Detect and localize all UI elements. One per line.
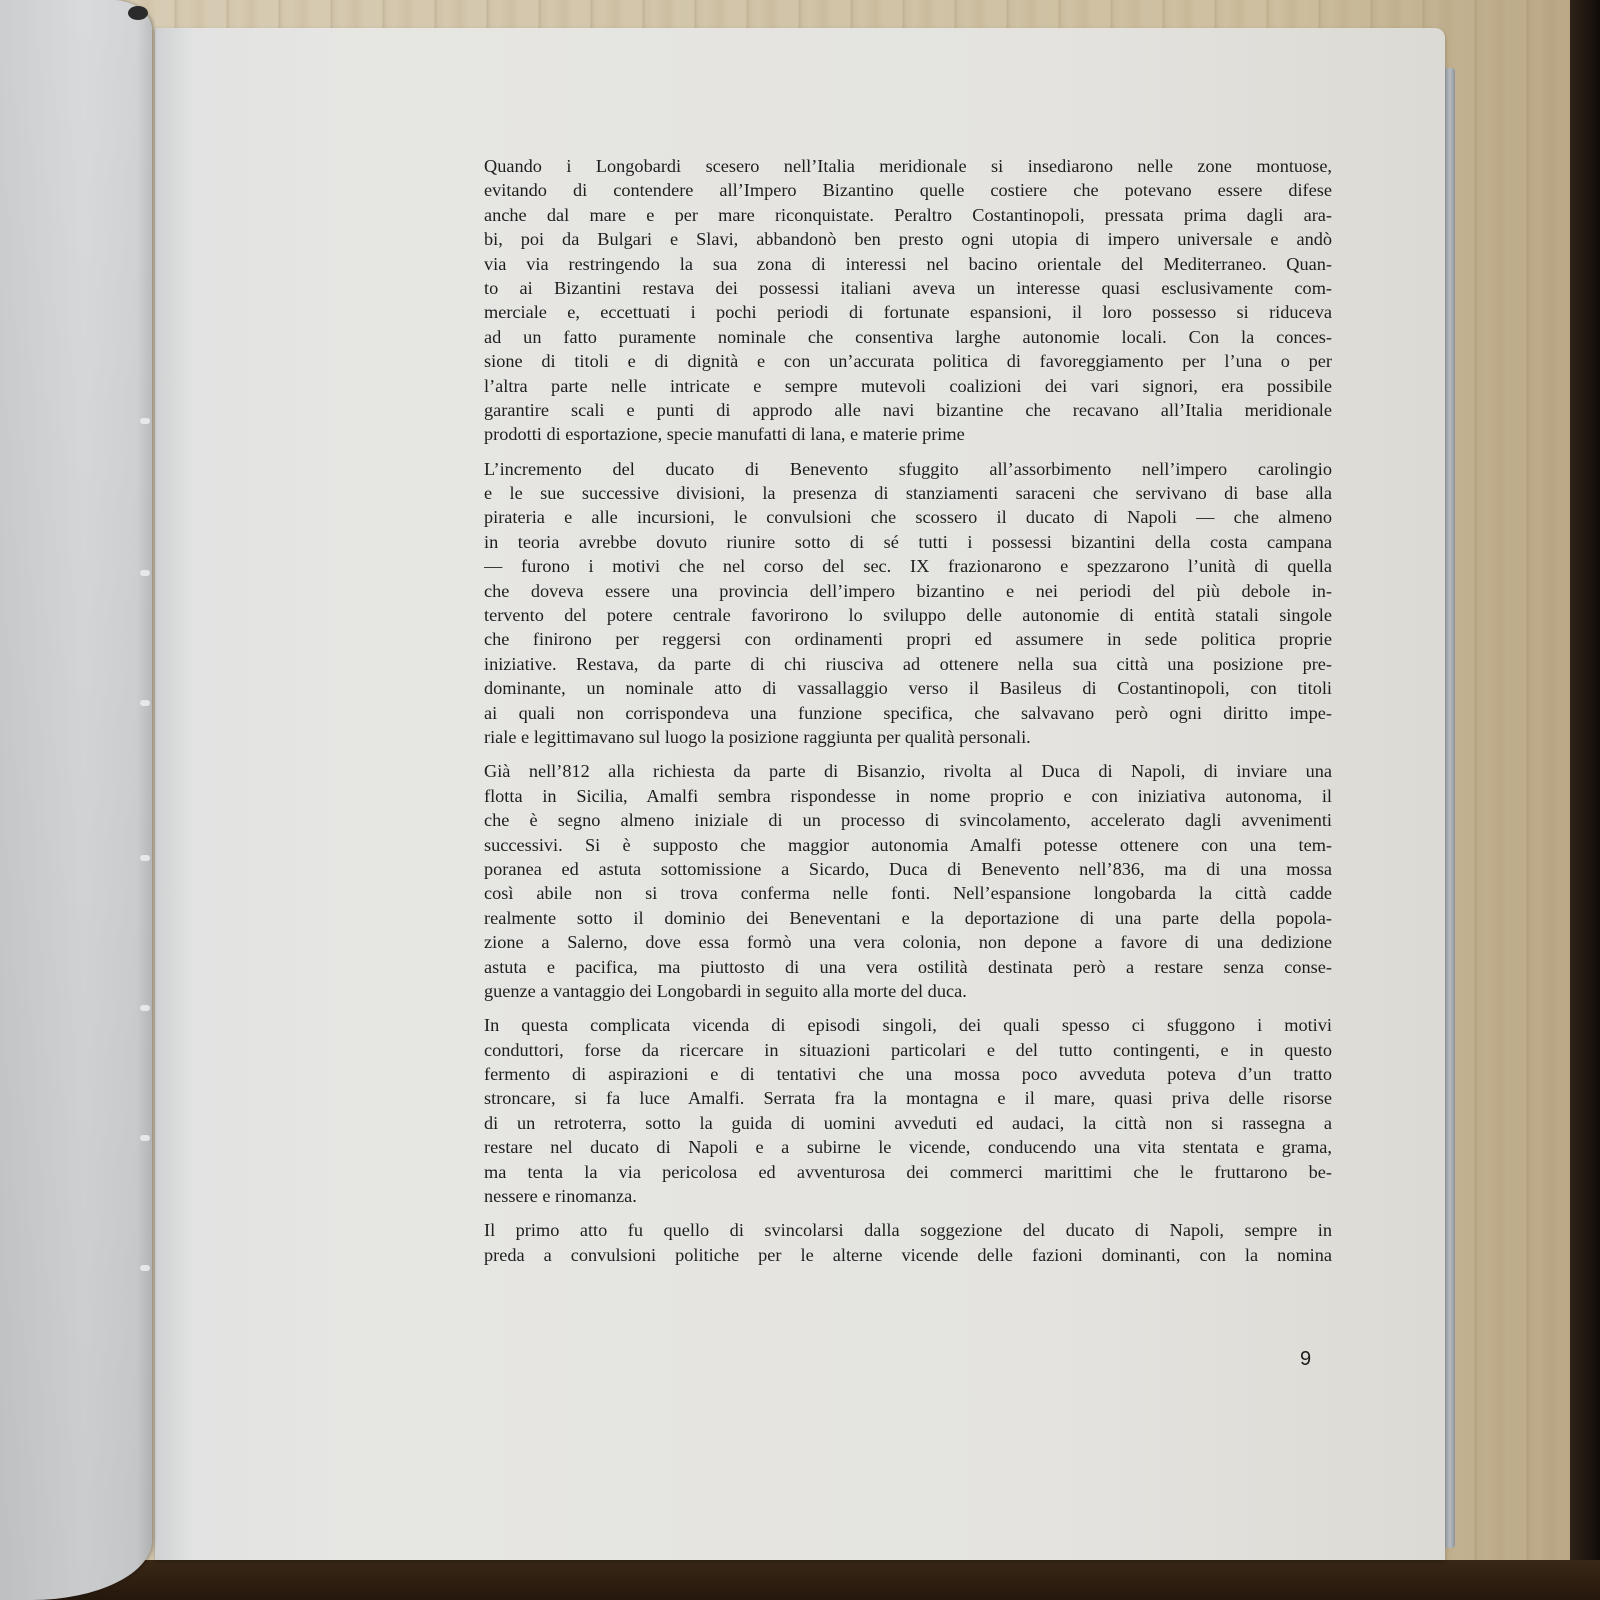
- text-line: ai quali non corrispondeva una funzione …: [484, 701, 1332, 725]
- binding-thread: [140, 1265, 150, 1271]
- text-line: zione a Salerno, dove essa formò una ver…: [484, 930, 1332, 954]
- text-line: di un retroterra, sotto la guida di uomi…: [484, 1111, 1332, 1135]
- text-line: iniziative. Restava, da parte di chi riu…: [484, 652, 1332, 676]
- text-line: via via restringendo la sua zona di inte…: [484, 252, 1332, 276]
- paragraph: Il primo atto fu quello di svincolarsi d…: [484, 1218, 1332, 1267]
- text-line: L’incremento del ducato di Benevento sfu…: [484, 457, 1332, 481]
- paragraph: L’incremento del ducato di Benevento sfu…: [484, 457, 1332, 750]
- text-line: bi, poi da Bulgari e Slavi, abbandonò be…: [484, 227, 1332, 251]
- dark-background-bottom: [0, 1560, 1600, 1600]
- text-line: riale e legittimavano sul luogo la posiz…: [484, 725, 1332, 749]
- text-line: successivi. Si è supposto che maggior au…: [484, 833, 1332, 857]
- dark-background-edge: [1570, 0, 1600, 1600]
- page-number: 9: [1300, 1348, 1311, 1371]
- text-line: l’altra parte nelle intricate e sempre m…: [484, 374, 1332, 398]
- text-line: astuta e pacifica, ma piuttosto di una v…: [484, 955, 1332, 979]
- text-line: garantire scali e punti di approdo alle …: [484, 398, 1332, 422]
- text-line: conduttori, forse da ricercare in situaz…: [484, 1038, 1332, 1062]
- text-line: in teoria avrebbe dovuto riunire sotto d…: [484, 530, 1332, 554]
- text-line: flotta in Sicilia, Amalfi sembra rispond…: [484, 784, 1332, 808]
- text-line: che finirono per reggersi con ordinament…: [484, 627, 1332, 651]
- text-line: dominante, un nominale atto di vassallag…: [484, 676, 1332, 700]
- text-line: — furono i motivi che nel corso del sec.…: [484, 554, 1332, 578]
- text-line: che è segno almeno iniziale di un proces…: [484, 808, 1332, 832]
- text-line: stroncare, si fa luce Amalfi. Serrata fr…: [484, 1086, 1332, 1110]
- text-line: guenze a vantaggio dei Longobardi in seg…: [484, 979, 1332, 1003]
- text-line: Quando i Longobardi scesero nell’Italia …: [484, 154, 1332, 178]
- paragraph: In questa complicata vicenda di episodi …: [484, 1013, 1332, 1208]
- paragraph: Quando i Longobardi scesero nell’Italia …: [484, 154, 1332, 447]
- text-line: fermento di aspirazioni e di tentativi c…: [484, 1062, 1332, 1086]
- text-line: In questa complicata vicenda di episodi …: [484, 1013, 1332, 1037]
- paragraph: Già nell’812 alla richiesta da parte di …: [484, 759, 1332, 1003]
- text-line: sione di titoli e di dignità e con un’ac…: [484, 349, 1332, 373]
- book-cover-edge: [1445, 68, 1455, 1548]
- binding-thread: [140, 1005, 150, 1011]
- text-line: merciale e, eccettuati i pochi periodi d…: [484, 300, 1332, 324]
- spine-headband: [128, 6, 148, 20]
- binding-thread: [140, 418, 150, 424]
- text-line: poranea ed astuta sottomissione a Sicard…: [484, 857, 1332, 881]
- binding-thread: [140, 1135, 150, 1141]
- text-line: così abile non si trova conferma nelle f…: [484, 881, 1332, 905]
- text-line: e le sue successive divisioni, la presen…: [484, 481, 1332, 505]
- text-line: to ai Bizantini restava dei possessi ita…: [484, 276, 1332, 300]
- page-body-text: Quando i Longobardi scesero nell’Italia …: [484, 154, 1332, 1277]
- text-line: tervento del potere centrale favorirono …: [484, 603, 1332, 627]
- binding-thread: [140, 700, 150, 706]
- text-line: restare nel ducato di Napoli e a subirne…: [484, 1135, 1332, 1159]
- binding-thread: [140, 570, 150, 576]
- text-line: Già nell’812 alla richiesta da parte di …: [484, 759, 1332, 783]
- text-line: anche dal mare e per mare riconquistate.…: [484, 203, 1332, 227]
- text-line: evitando di contendere all’Impero Bizant…: [484, 178, 1332, 202]
- text-line: prodotti di esportazione, specie manufat…: [484, 422, 1332, 446]
- text-line: Il primo atto fu quello di svincolarsi d…: [484, 1218, 1332, 1242]
- text-line: ad un fatto puramente nominale che conse…: [484, 325, 1332, 349]
- binding-thread: [140, 855, 150, 861]
- left-page-shading: [0, 0, 152, 1600]
- text-line: realmente sotto il dominio dei Beneventa…: [484, 906, 1332, 930]
- text-line: preda a convulsioni politiche per le alt…: [484, 1243, 1332, 1267]
- text-line: pirateria e alle incursioni, le convulsi…: [484, 505, 1332, 529]
- text-line: ma tenta la via pericolosa ed avventuros…: [484, 1160, 1332, 1184]
- text-line: nessere e rinomanza.: [484, 1184, 1332, 1208]
- text-line: che doveva essere una provincia dell’imp…: [484, 579, 1332, 603]
